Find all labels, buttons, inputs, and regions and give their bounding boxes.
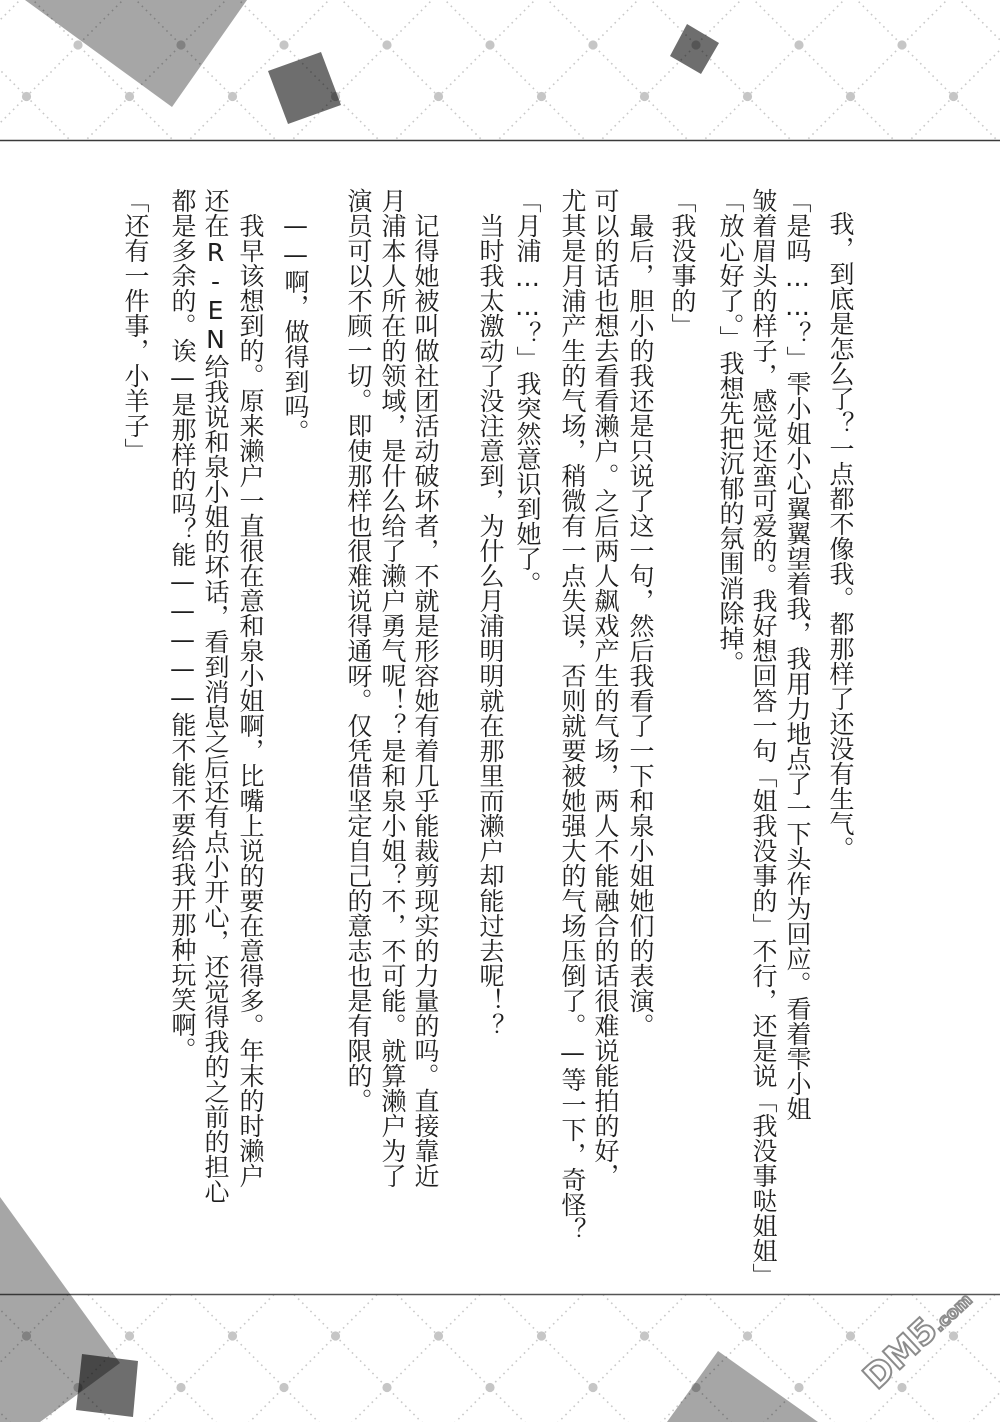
text-column: 都是多余的。诶—是那样的吗？能—————能不能不要给我开那种玩笑啊。 bbox=[165, 188, 199, 1062]
lattice-pattern bbox=[0, 1294, 1000, 1422]
text-column: 可以的话也想去看看濑户。之后两人飙戏产生的气场，两人不能融合的话很难说能拍的好， bbox=[588, 188, 622, 1188]
decorative-square bbox=[76, 1354, 138, 1417]
text-column: 当时我太激动了没注意到，为什么月浦明明就在那里而濑户却能过去呢！？ bbox=[473, 213, 507, 1038]
header-decoration bbox=[0, 0, 1000, 142]
text-column: 尤其是月浦产生的气场，稍微有一点失误，否则就要被她强大的气场压倒了。—等一下，奇… bbox=[555, 188, 589, 1242]
text-column: 我，到底是怎么了？一点都不像我。都那样了还没有生气。 bbox=[823, 211, 857, 861]
text-column: 「放心好了。」我想先把沉郁的氛围消除掉。 bbox=[713, 188, 747, 676]
text-column: 「我没事的」 bbox=[665, 188, 699, 338]
text-column: 「月浦……？」我突然意识到她了。 bbox=[510, 188, 544, 596]
text-column: 最后，胆小的我还是只说了这一句，然后我看了一下和泉小姐她们的表演。 bbox=[623, 213, 657, 1038]
text-column: 我早该想到的。原来濑户一直很在意和泉小姐啊，比嘴上说的要在意得多。年末的时濑户 bbox=[233, 213, 267, 1188]
text-column: ——啊，做得到吗。 bbox=[278, 211, 312, 444]
text-column: 记得她被叫做社团活动破坏者，不就是形容她有着几乎能裁剪现实的力量的吗。直接靠近 bbox=[408, 213, 442, 1188]
text-column: 「还有一件事，小羊子」 bbox=[118, 188, 152, 463]
footer-decoration: DM5.com bbox=[0, 1190, 1000, 1422]
text-column: 月浦本人所在的领域，是什么给了濑户勇气呢！？是和泉小姐？不，不可能。就算濑户为了 bbox=[375, 188, 409, 1188]
text-column: 「是吗……？」雫小姐小心翼翼望着我，我用力地点了一下头作为回应。看着雫小姐 bbox=[780, 188, 814, 1121]
text-column: 演员可以不顾一切。即使那样也很难说得通呀。仅凭借坚定自己的意志也是有限的。 bbox=[341, 188, 375, 1113]
text-column: 还在R-EN给我说和泉小姐的坏话，看到消息之后还有点小开心，还觉得我的之前的担心 bbox=[198, 188, 232, 1204]
text-column: 皱着眉头的样子，感觉还蛮可爱的。我好想回答一句「姐我没事的」不行，还是说「我没事… bbox=[746, 188, 780, 1288]
novel-page: 我，到底是怎么了？一点都不像我。都那样了还没有生气。 「是吗……？」雫小姐小心翼… bbox=[0, 0, 1000, 1422]
